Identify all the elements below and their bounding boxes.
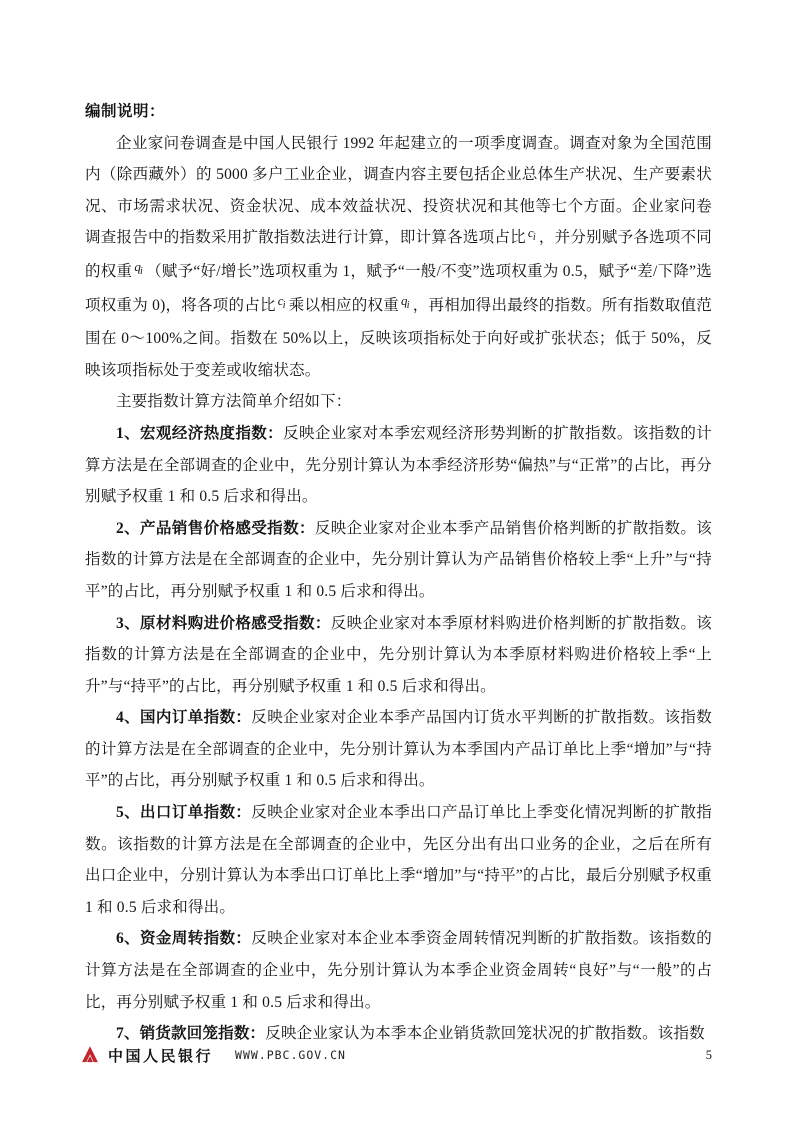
page-number: 5	[706, 1048, 712, 1063]
text-run: 乘以相应的权重	[289, 297, 399, 314]
index-item-1: 1、宏观经济热度指数：反映企业家对本季宏观经济形势判断的扩散指数。该指数的计算方…	[85, 418, 712, 513]
math-variable: ci	[276, 293, 289, 308]
text-run: 主要指数计算方法简单介绍如下：	[116, 393, 352, 410]
footer: 中国人民银行 WWW.PBC.GOV.CN 5	[80, 1040, 712, 1070]
document-page: 编制说明： 企业家问卷调查是中国人民银行 1992 年起建立的一项季度调查。调查…	[0, 0, 793, 1122]
bank-name: 中国人民银行	[108, 1045, 213, 1066]
index-term: 5、出口订单指数：	[116, 804, 251, 821]
math-variable: qi	[132, 259, 146, 274]
document-body: 企业家问卷调查是中国人民银行 1992 年起建立的一项季度调查。调查对象为全国范…	[85, 128, 712, 1050]
index-item-2: 2、产品销售价格感受指数：反映企业家对企业本季产品销售价格判断的扩散指数。该指数…	[85, 513, 712, 608]
index-term: 3、原材料购进价格感受指数：	[116, 615, 331, 632]
index-term: 6、资金周转指数：	[116, 930, 251, 947]
index-item-6: 6、资金周转指数：反映企业家对本企业本季资金周转情况判断的扩散指数。该指数的计算…	[85, 923, 712, 1018]
intro-paragraph: 企业家问卷调查是中国人民银行 1992 年起建立的一项季度调查。调查对象为全国范…	[85, 128, 712, 387]
index-term: 4、国内订单指数：	[116, 709, 251, 726]
document-content: 编制说明： 企业家问卷调查是中国人民银行 1992 年起建立的一项季度调查。调查…	[85, 96, 712, 1050]
index-item-3: 3、原材料购进价格感受指数：反映企业家对本季原材料购进价格判断的扩散指数。该指数…	[85, 608, 712, 703]
pbc-logo-icon	[80, 1045, 100, 1065]
bank-website: WWW.PBC.GOV.CN	[235, 1048, 346, 1062]
section-heading: 编制说明：	[85, 96, 712, 128]
index-item-5: 5、出口订单指数：反映企业家对企业本季出口产品订单比上季变化情况判断的扩散指数。…	[85, 797, 712, 923]
index-term: 2、产品销售价格感受指数：	[116, 520, 315, 537]
math-variable: ci	[526, 225, 539, 240]
methods-intro: 主要指数计算方法简单介绍如下：	[85, 386, 712, 418]
math-variable: qi	[399, 293, 413, 308]
index-term: 1、宏观经济热度指数：	[116, 425, 283, 442]
index-item-4: 4、国内订单指数：反映企业家对企业本季产品国内订货水平判断的扩散指数。该指数的计…	[85, 702, 712, 797]
pbc-logo-shape	[82, 1046, 98, 1062]
